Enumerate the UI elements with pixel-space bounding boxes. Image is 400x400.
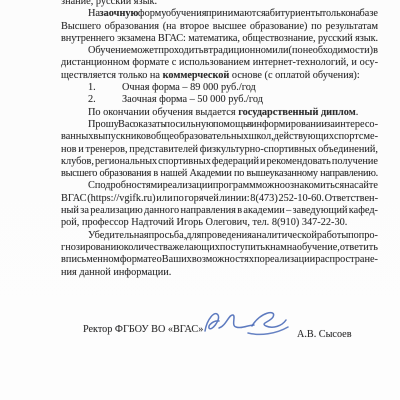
text-line-11: ванных выпускников общеобразовательных ш…: [61, 131, 378, 143]
handwritten-signature-icon: [198, 304, 294, 344]
text-line-10: Прошу Вас оказать посильную помощь в инф…: [61, 119, 378, 131]
text-line-9: По окончании обучения выдается государст…: [61, 107, 378, 119]
text-line-15: С подробностями реализации программ можн…: [61, 180, 378, 192]
text-line-14: высшего образования в нашей Академии по …: [61, 168, 378, 180]
list-number: 2.: [88, 94, 122, 106]
text-segment: ванных выпускников общеобразовательных ш…: [61, 131, 378, 142]
text-line-6: ществляется только на коммерческой основ…: [61, 70, 378, 82]
text-line-18: рой, профессор Надточий Игорь Олегович, …: [61, 217, 378, 229]
bold-text-segment: государственный диплом: [238, 107, 356, 118]
text-line-21: в письменном формате о Ваших возможностя…: [61, 254, 378, 266]
list-item-full-time: 1.Очная форма – 89 000 руб./год: [61, 82, 378, 94]
text-segment: Высшего образования (на второе высшее об…: [61, 21, 378, 32]
text-segment: основе (с оплатой обучения):: [229, 70, 359, 81]
scanned-letter-page: знание, русский язык.На заочную форму об…: [0, 0, 400, 400]
text-line-1: На заочную форму обучения принимаются аб…: [61, 8, 378, 20]
text-segment: Обучение может проходить в традиционном …: [88, 45, 378, 56]
signatory-name: А.В. Сысоев: [297, 329, 352, 340]
text-segment: С подробностями реализации программ можн…: [88, 180, 378, 191]
text-line-5: дистанционном формате с использованием и…: [61, 57, 378, 69]
text-segment: высшего образования в нашей Академии по …: [61, 168, 378, 179]
text-segment: гнозированию количества желающих поступи…: [61, 242, 378, 253]
text-segment: Очная форма – 89 000 руб./год: [122, 82, 256, 93]
text-segment: На: [88, 8, 100, 19]
text-line-16: ВГАС (https://vgifk.ru) или по горячей л…: [61, 193, 378, 205]
bold-text-segment: заочную: [100, 8, 139, 19]
text-segment: рой, профессор Надточий Игорь Олегович, …: [61, 217, 347, 228]
text-segment: ВГАС (https://vgifk.ru) или по горячей л…: [61, 193, 378, 204]
text-segment: Заочная форма – 50 000 руб./год: [122, 94, 263, 105]
text-segment: в письменном формате о Ваших возможностя…: [61, 254, 378, 265]
text-line-20: гнозированию количества желающих поступи…: [61, 242, 378, 254]
text-line-13: клубов, региональных спортивных федераци…: [61, 156, 378, 168]
text-segment: клубов, региональных спортивных федераци…: [61, 156, 378, 167]
text-segment: Убедительная просьба, для проведения ана…: [88, 230, 378, 241]
signatory-role: Ректор ФГБОУ ВО «ВГАС»: [83, 324, 203, 335]
letter-body-text: знание, русский язык.На заочную форму об…: [61, 0, 378, 279]
text-segment: дистанционном формате с использованием и…: [61, 57, 378, 68]
text-line-19: Убедительная просьба, для проведения ана…: [61, 230, 378, 242]
text-segment: ществляется только на: [61, 70, 163, 81]
text-segment: форму обучения принимаются абитуриенты т…: [138, 8, 378, 19]
text-segment: ния данной информации.: [61, 267, 171, 278]
text-segment: внутреннего экзамена ВГАС: математика, о…: [61, 33, 378, 44]
text-line-2: Высшего образования (на второе высшее об…: [61, 21, 378, 33]
text-line-4: Обучение может проходить в традиционном …: [61, 45, 378, 57]
text-segment: нов и тренеров, представителей физкульту…: [61, 144, 378, 155]
text-segment: По окончании обучения выдается: [88, 107, 238, 118]
list-item-part-time: 2.Заочная форма – 50 000 руб./год: [61, 94, 378, 106]
bold-text-segment: коммерческой: [163, 70, 230, 81]
text-segment: Прошу Вас оказать посильную помощь в инф…: [88, 119, 378, 130]
text-line-22: ния данной информации.: [61, 267, 378, 279]
text-segment: .: [356, 107, 359, 118]
text-segment: ный за реализацию данного направления в …: [61, 205, 378, 216]
text-line-3: внутреннего экзамена ВГАС: математика, о…: [61, 33, 378, 45]
text-segment: знание, русский язык.: [61, 0, 157, 7]
text-line-12: нов и тренеров, представителей физкульту…: [61, 144, 378, 156]
text-line-17: ный за реализацию данного направления в …: [61, 205, 378, 217]
list-number: 1.: [88, 82, 122, 94]
